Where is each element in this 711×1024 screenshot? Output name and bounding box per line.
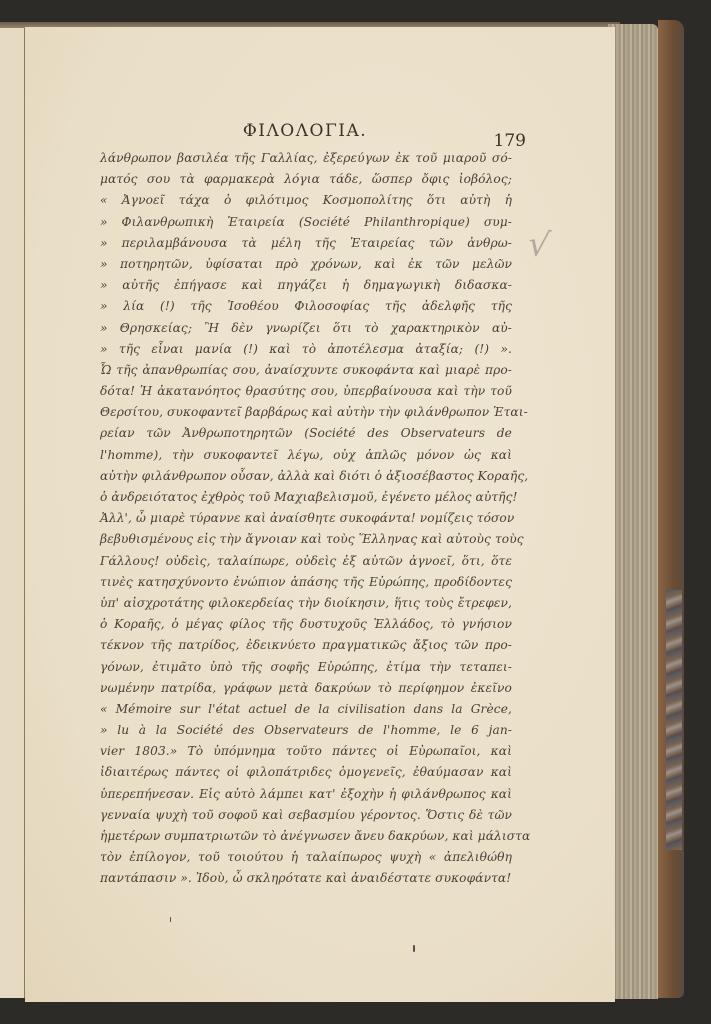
text-line: παντάπασιν ». Ἰδοὺ, ὦ σκληρότατε καὶ ἀνα… (100, 868, 512, 889)
text-line: » ποτηρητῶν, ὑφίσαται πρὸ χρόνων, καὶ ἐκ… (100, 254, 512, 275)
text-line: νωμένην πατρίδα, γράφων μετὰ δακρύων τὸ … (100, 678, 512, 699)
text-line: Γάλλους! οὐδεὶς, ταλαίπωρε, οὐδεὶς ἐξ αὐ… (100, 551, 512, 572)
running-title: ΦΙΛΟΛΟΓΙΑ. (90, 121, 520, 141)
text-line: ὁ Κοραῆς, ὁ μέγας φίλος τῆς δυστυχοῦς Ἑλ… (100, 614, 512, 635)
text-line: » lu à la Société des Observateurs de l'… (100, 720, 512, 741)
text-line: ματός σου τὰ φαρμακερὰ λόγια τάδε, ὥσπερ… (100, 169, 512, 190)
text-line: » Φιλανθρωπικὴ Ἑταιρεία (Société Philant… (100, 212, 512, 233)
text-line: γενναία ψυχὴ τοῦ σοφοῦ καὶ σεβασμίου γέρ… (100, 805, 512, 826)
text-line: ἰδιαιτέρως πάντες οἱ φιλοπάτριδες ὁμογεν… (100, 762, 512, 783)
body-text: λάνθρωπον βασιλέα τῆς Γαλλίας, ἐξερεύγων… (100, 148, 512, 890)
text-line: γόνων, ἐτιμᾶτο ὑπὸ τῆς σοφῆς Εὐρώπης, ἐτ… (100, 657, 512, 678)
text-line: l'homme), τὴν συκοφαντεῖ λέγω, οὐχ ἁπλῶς… (100, 445, 512, 466)
text-line: « Mémoire sur l'état actuel de la civili… (100, 699, 512, 720)
text-line: vier 1803.» Τὸ ὑπόμνημα τοῦτο πάντες οἱ … (100, 741, 512, 762)
book-cover-edge (658, 20, 684, 998)
text-line: βεβυθισμένους εἰς τὴν ἄγνοιαν καὶ τοὺς Ἕ… (100, 529, 512, 550)
text-line: » αὐτῆς ἐπήγασε καὶ πηγάζει ἡ δημαγωγικὴ… (100, 275, 512, 296)
text-line: Ἀλλ', ὦ μιαρὲ τύραννε καὶ ἀναίσθητε συκο… (100, 508, 512, 529)
text-line: » λία (!) τῆς Ἰσοθέου Φιλοσοφίας τῆς ἀδε… (100, 296, 512, 317)
text-line: » Θρησκείας; Ἢ δὲν γνωρίζει ὅτι τὸ χαρακ… (100, 318, 512, 339)
paper-speck (170, 917, 171, 922)
text-line: ὁ ἀνδρειότατος ἐχθρὸς τοῦ Μαχιαβελισμοῦ,… (100, 487, 512, 508)
text-line: τὸν ἐπίλογον, τοῦ τοιούτου ἡ ταλαίπωρος … (100, 847, 512, 868)
left-page-edge (0, 28, 25, 998)
text-line: αὐτὴν φιλάνθρωπον οὖσαν, ἀλλὰ καὶ διότι … (100, 466, 512, 487)
text-line: ρείαν τῶν Ἀνθρωποτηρητῶν (Société des Ob… (100, 423, 512, 444)
text-line: τέκνον τῆς πατρίδος, ἐδεικνύετο πραγματι… (100, 635, 512, 656)
text-line: τινὲς κατησχύνοντο ἐνώπιον ἁπάσης τῆς Εὐ… (100, 572, 512, 593)
page-fore-edge (608, 24, 658, 999)
text-line: » περιλαμβάνουσα τὰ μέλη τῆς Ἑταιρείας τ… (100, 233, 512, 254)
text-line: « Ἀγνοεῖ τάχα ὁ φιλότιμος Κοσμοπολίτης ὅ… (100, 190, 512, 211)
text-line: λάνθρωπον βασιλέα τῆς Γαλλίας, ἐξερεύγων… (100, 148, 512, 169)
page-header: ΦΙΛΟΛΟΓΙΑ. 179 (90, 117, 520, 147)
text-line: ἡμετέρων συμπατριωτῶν τὸ ἀνέγνωσεν ἄνευ … (100, 826, 512, 847)
paper-speck (413, 945, 415, 952)
text-line: » τῆς εἶναι μανία (!) καὶ τὸ ἀποτέλεσμα … (100, 339, 512, 360)
text-line: ὑπ' αἰσχροτάτης φιλοκερδείας τὴν διοίκησ… (100, 593, 512, 614)
marbled-cover-wear (666, 590, 682, 850)
text-line: Θερσίτου, συκοφαντεῖ βαρβάρως καὶ αὐτὴν … (100, 402, 512, 423)
text-line: ὑπερεπήνεσαν. Εἰς αὐτὸ λάμπει κατ' ἐξοχὴ… (100, 784, 512, 805)
text-line: Ὦ τῆς ἀπανθρωπίας σου, ἀναίσχυντε συκοφά… (100, 360, 512, 381)
text-line: δότα! Ἡ ἀκατανόητος θρασύτης σου, ὑπερβα… (100, 381, 512, 402)
